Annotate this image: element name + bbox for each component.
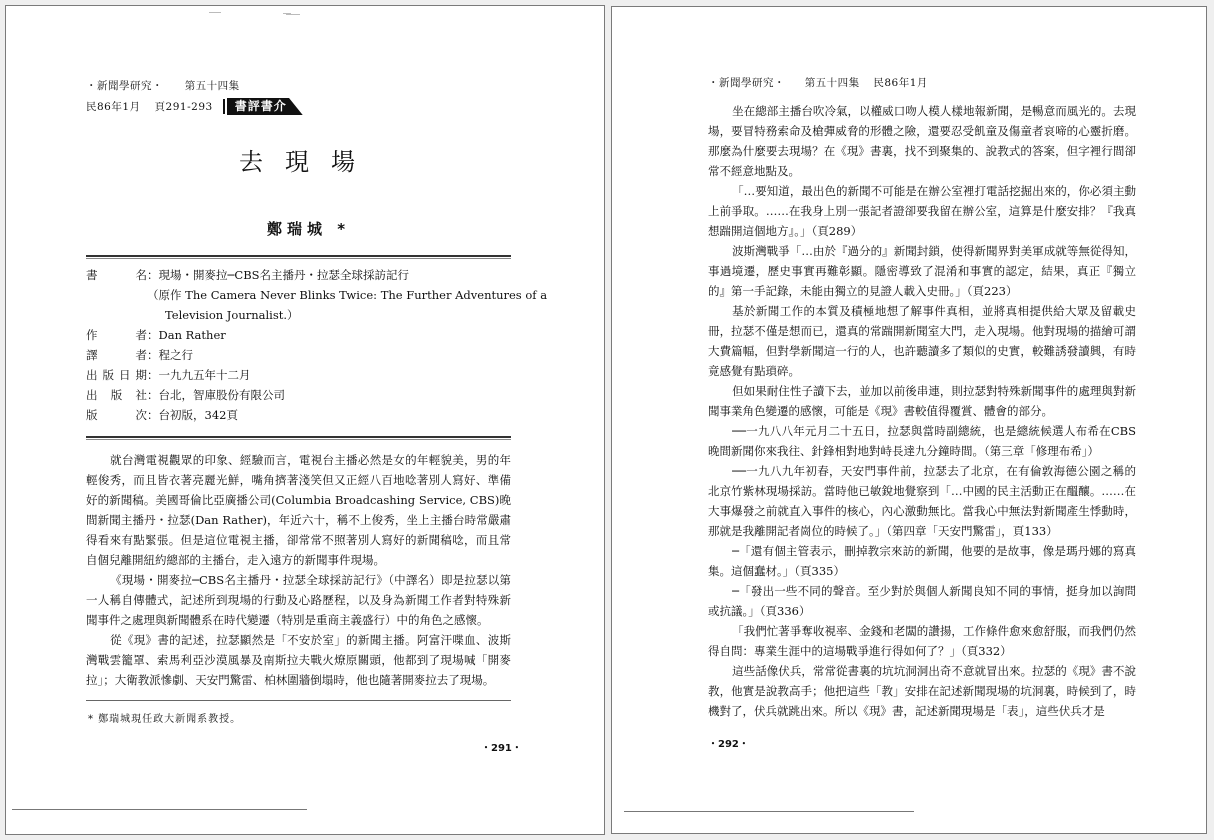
quote-paragraph: 「…要知道，最出色的新聞不可能是在辦公室裡打電話挖掘出來的，你必須主動上前爭取。… <box>708 181 1136 241</box>
footnote-rule <box>86 700 511 701</box>
page-range: 頁291-293 <box>155 99 213 114</box>
info-value: （原作 The Camera Never Blinks Twice: The F… <box>147 285 547 305</box>
article-title: 去現場 <box>239 142 377 177</box>
journal-name: ・新聞學研究・ <box>708 77 785 89</box>
double-rule-top <box>86 255 511 259</box>
paragraph: 坐在總部主播台吹冷氣，以權威口吻人模人樣地報新聞，是暢意而風光的。去現場，要冒特… <box>708 101 1136 181</box>
paragraph: 但如果耐住性子讀下去，並加以前後串連，則拉瑟對特殊新聞事件的處理與對新聞事業角色… <box>708 381 1136 421</box>
book-info-block: 書 名： 現場・開麥拉─CBS名主播丹・拉瑟全球採訪記行 （原作 The Cam… <box>86 265 516 425</box>
paragraph: 就台灣電視觀眾的印象、經驗而言，電視台主播必然是女的年輕貌美，男的年輕俊秀，而且… <box>86 450 511 570</box>
book-info-translator: 譯 者： 程之行 <box>86 345 516 365</box>
document-page-291: ・新聞學研究・ 第五十四集 民86年1月 頁291-293 書評書介 去現場 鄭… <box>5 5 605 835</box>
paragraph: 《現場・開麥拉─CBS名主播丹・拉瑟全球採訪記行》（中譯名）即是拉瑟以第一人稱自… <box>86 570 511 630</box>
scan-artifact <box>286 14 300 15</box>
info-label: 版 次 <box>86 405 147 425</box>
info-value: 台北，智庫股份有限公司 <box>159 385 286 405</box>
journal-name: ・新聞學研究・ <box>86 80 163 92</box>
info-label: 譯 者 <box>86 345 147 365</box>
page-number: ・291・ <box>481 739 522 754</box>
info-value: 現場・開麥拉─CBS名主播丹・拉瑟全球採訪記行 <box>159 265 410 285</box>
issue-date: 民86年1月 <box>873 77 928 89</box>
running-header-line2: 民86年1月 頁291-293 書評書介 <box>86 98 303 115</box>
running-header-line1: ・新聞學研究・ 第五十四集 <box>86 78 240 93</box>
book-info-edition: 版 次： 台初版，342頁 <box>86 405 516 425</box>
scan-edge-line <box>624 811 914 812</box>
section-marker-bar <box>223 99 225 114</box>
quote-paragraph: 「我們忙著爭奪收視率、金錢和老闆的讚揚，工作條件愈來愈舒服，而我們仍然得自問：專… <box>708 621 1136 661</box>
paragraph: 這些話像伏兵，常常從書裏的坑坑洞洞出奇不意就冒出來。拉瑟的《現》書不說教，他實是… <box>708 661 1136 721</box>
book-info-author: 作 者： Dan Rather <box>86 325 516 345</box>
issue-date: 民86年1月 <box>86 99 141 114</box>
volume-label: 第五十四集 <box>805 77 860 89</box>
info-label: 書 名 <box>86 265 147 285</box>
page-number: ・292・ <box>708 735 749 750</box>
info-value: 程之行 <box>159 345 194 365</box>
paragraph: 基於新聞工作的本質及積極地想了解事件真相，並將真相提供給大眾及留載史冊，拉瑟不僅… <box>708 301 1136 381</box>
quote-paragraph: ─「還有個主管表示，刪掉教宗來訪的新聞，他要的是故事，像是瑪丹娜的寫真集。這個蠢… <box>708 541 1136 581</box>
list-paragraph: ──一九八八年元月二十五日，拉瑟與當時副總統，也是總統候選人布希在CBS晚間新聞… <box>708 421 1136 461</box>
book-info-original-title-cont: Television Journalist.） <box>86 305 516 325</box>
double-rule-bottom <box>86 436 511 440</box>
book-info-publisher: 出版社： 台北，智庫股份有限公司 <box>86 385 516 405</box>
info-label: 出版日期 <box>86 365 147 385</box>
volume-label: 第五十四集 <box>185 80 240 92</box>
article-author: 鄭瑞城 * <box>267 218 350 239</box>
footnote: * 鄭瑞城現任政大新聞系教授。 <box>88 710 241 725</box>
paragraph: 從《現》書的記述，拉瑟顯然是「不安於室」的新聞主播。阿富汗喋血、波斯灣戰雲籠罩、… <box>86 630 511 690</box>
section-tag-book-review: 書評書介 <box>227 98 303 115</box>
paragraph: 波斯灣戰爭「…由於『過分的』新聞封鎖，使得新聞界對美軍成就等無從得知，事過境遷，… <box>708 241 1136 301</box>
info-value: Dan Rather <box>159 325 226 345</box>
book-info-pub-date: 出版日期： 一九九五年十二月 <box>86 365 516 385</box>
info-label: 作 者 <box>86 325 147 345</box>
info-value: Television Journalist.） <box>165 305 299 325</box>
book-info-title: 書 名： 現場・開麥拉─CBS名主播丹・拉瑟全球採訪記行 <box>86 265 516 285</box>
list-paragraph: ──一九八九年初春，天安門事件前，拉瑟去了北京，在有倫敦海德公園之稱的北京竹紫林… <box>708 461 1136 541</box>
quote-paragraph: ─「發出一些不同的聲音。至少對於與個人新聞良知不同的事情，挺身加以詢問或抗議。」… <box>708 581 1136 621</box>
article-body-right: 坐在總部主播台吹冷氣，以權威口吻人模人樣地報新聞，是暢意而風光的。去現場，要冒特… <box>708 101 1136 721</box>
info-value: 一九九五年十二月 <box>159 365 251 385</box>
article-body-left: 就台灣電視觀眾的印象、經驗而言，電視台主播必然是女的年輕貌美，男的年輕俊秀，而且… <box>86 450 511 690</box>
book-info-original-title: （原作 The Camera Never Blinks Twice: The F… <box>86 285 516 305</box>
info-label: 出版社 <box>86 385 147 405</box>
scan-artifact <box>209 12 221 13</box>
running-header: ・新聞學研究・ 第五十四集 民86年1月 <box>708 75 928 90</box>
document-page-292: ・新聞學研究・ 第五十四集 民86年1月 坐在總部主播台吹冷氣，以權威口吻人模人… <box>611 6 1207 834</box>
scan-edge-line <box>12 809 307 810</box>
info-value: 台初版，342頁 <box>159 405 238 425</box>
